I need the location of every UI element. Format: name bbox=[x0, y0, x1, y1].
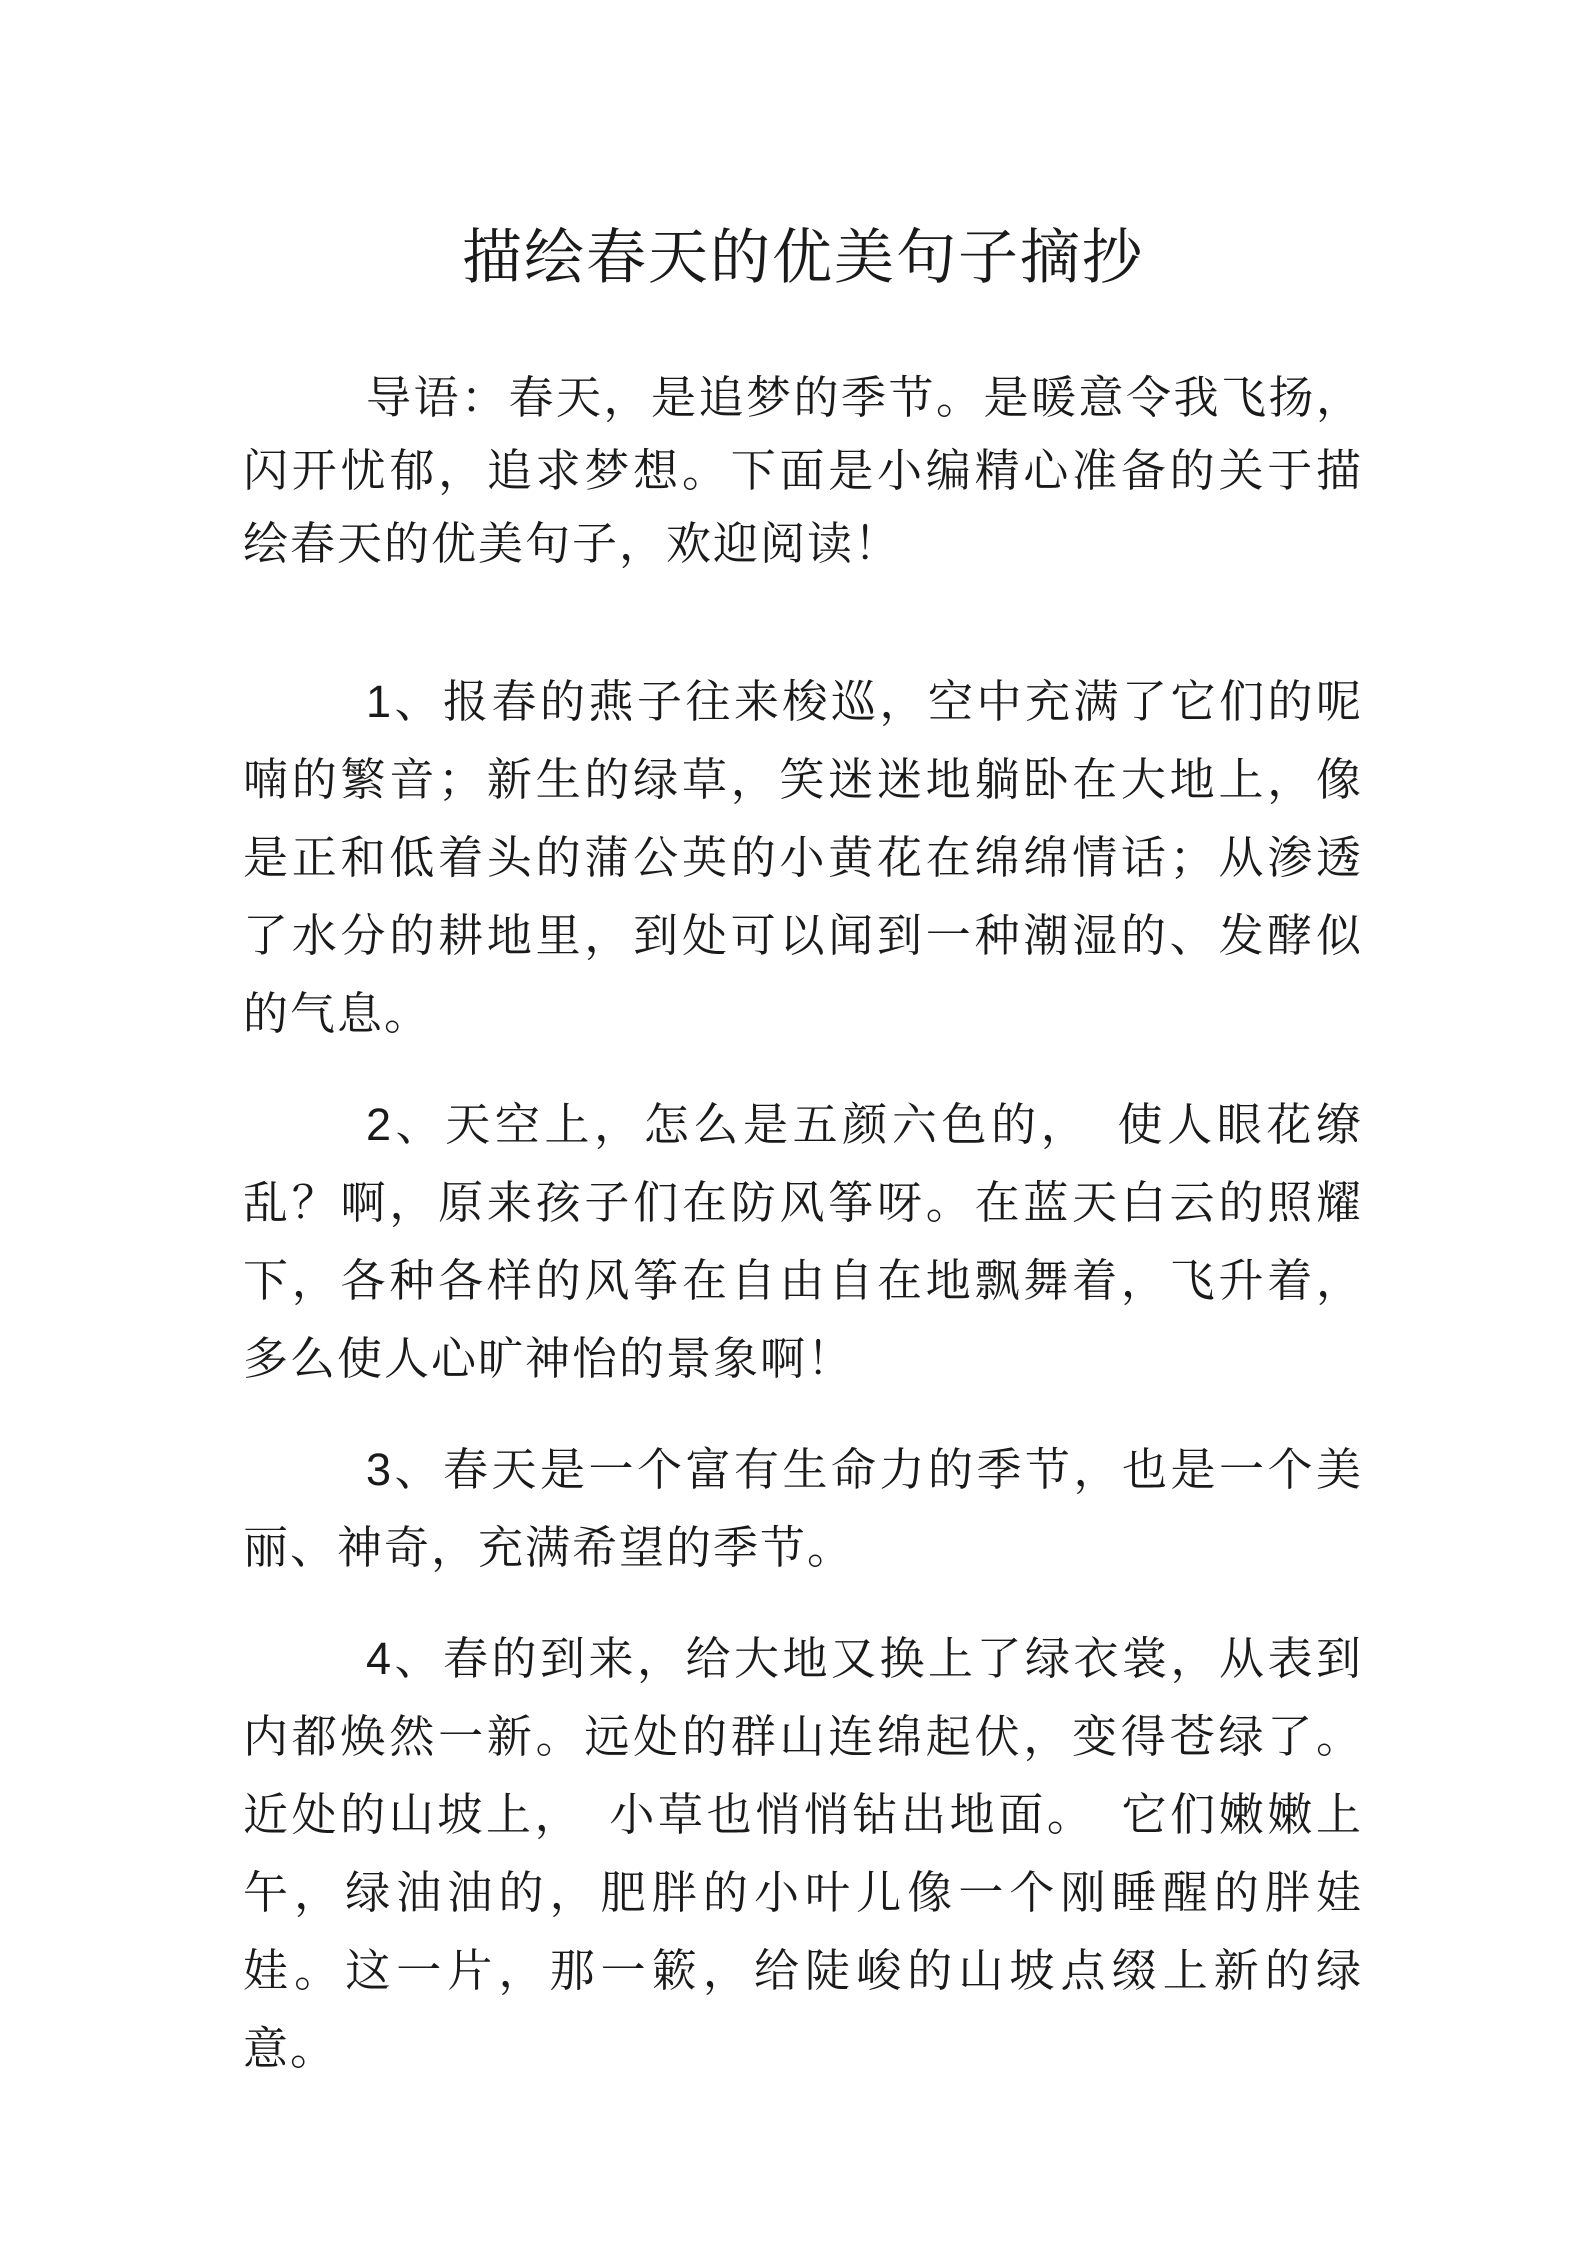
list-item-1: 1、报春的燕子往来梭巡，空中充满了它们的呢喃的繁音；新生的绿草，笑迷迷地躺卧在大… bbox=[243, 663, 1363, 1053]
item-4-number: 4、 bbox=[366, 1633, 443, 1684]
list-item-2: 2、天空上，怎么是五颜六色的， 使人眼花缭乱？啊，原来孩子们在防风筝呀。在蓝天白… bbox=[243, 1086, 1363, 1398]
document-content: 描绘春天的优美句子摘抄 导语：春天，是追梦的季节。是暖意令我飞扬，闪开忧郁，追求… bbox=[243, 210, 1363, 2088]
item-3-number: 3、 bbox=[366, 1444, 443, 1495]
list-item-4: 4、春的到来，给大地又换上了绿衣裳，从表到内都焕然一新。远处的群山连绵起伏，变得… bbox=[243, 1620, 1363, 2088]
item-1-text: 报春的燕子往来梭巡，空中充满了它们的呢喃的繁音；新生的绿草，笑迷迷地躺卧在大地上… bbox=[243, 677, 1363, 1039]
document-page: 描绘春天的优美句子摘抄 导语：春天，是追梦的季节。是暖意令我飞扬，闪开忧郁，追求… bbox=[0, 0, 1594, 2255]
item-4-text: 春的到来，给大地又换上了绿衣裳，从表到内都焕然一新。远处的群山连绵起伏，变得苍绿… bbox=[243, 1634, 1363, 2074]
sentence-list: 1、报春的燕子往来梭巡，空中充满了它们的呢喃的繁音；新生的绿草，笑迷迷地躺卧在大… bbox=[243, 663, 1363, 2088]
list-item-3: 3、春天是一个富有生命力的季节，也是一个美丽、神奇，充满希望的季节。 bbox=[243, 1431, 1363, 1587]
intro-paragraph: 导语：春天，是追梦的季节。是暖意令我飞扬，闪开忧郁，追求梦想。下面是小编精心准备… bbox=[243, 362, 1363, 581]
page-title: 描绘春天的优美句子摘抄 bbox=[243, 210, 1363, 296]
item-2-number: 2、 bbox=[366, 1099, 445, 1150]
item-1-number: 1、 bbox=[366, 676, 443, 727]
